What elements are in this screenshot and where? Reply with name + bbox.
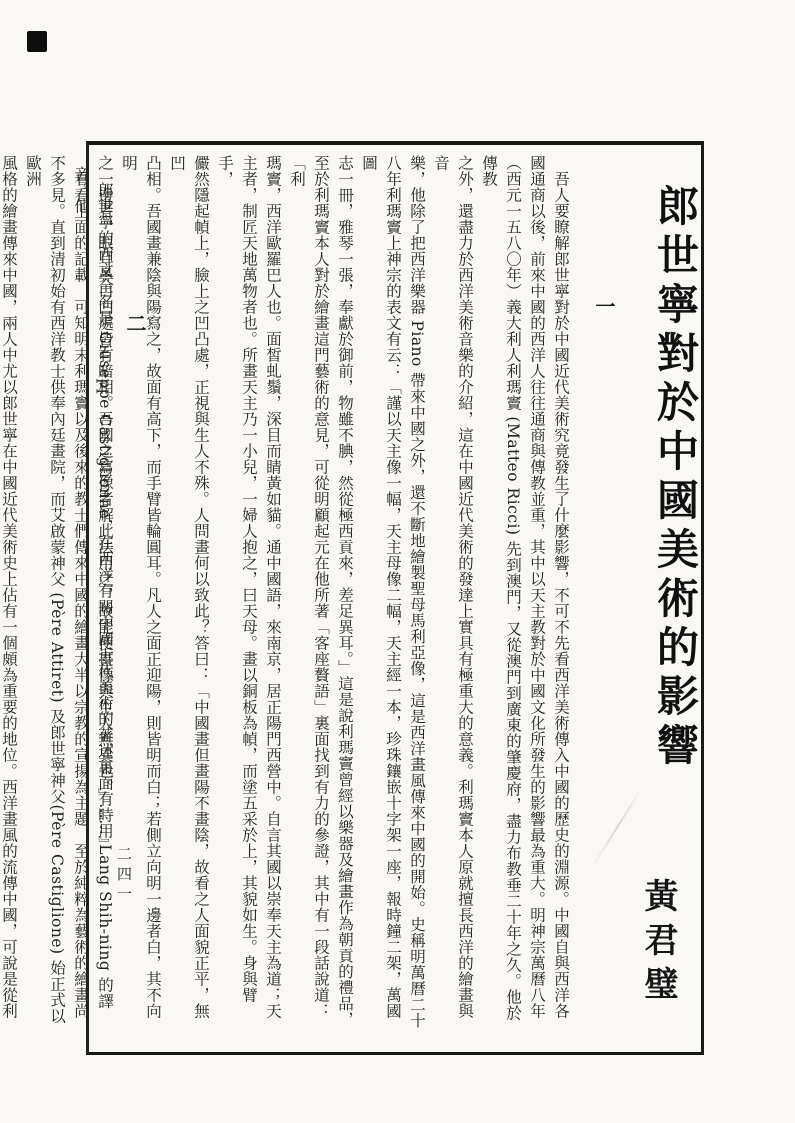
text-column: （西元一五八〇年）義大利人利瑪竇 (Matteo Ricci) 先到澳門，又從澳…: [477, 155, 525, 1029]
text-column: 吾人要瞭解郎世寧對於中國近代美術究竟發生了什麼影響，不可不先看西洋美術傳入中國的…: [549, 155, 573, 1029]
article-title: 郎世寧對於中國美術的影響: [646, 184, 704, 804]
text-column: 志一冊，雅琴一張，奉獻於御前，物雖不腆，然從極西貢來，差足異耳。」這是說利瑪竇曾…: [333, 155, 357, 1029]
text-column: 不多見。直到清初始有西洋教士供奉內廷畫院，而艾啟蒙神父 (Père Attire…: [21, 155, 69, 1029]
text-column: 瑪竇，西洋歐羅巴人也。面皙虬鬚，深目而睛黃如貓。通中國語，來南京，居正陽門西營中…: [261, 155, 285, 1029]
body-text-section-1: 吾人要瞭解郎世寧對於中國近代美術究竟發生了什麼影響，不可不先看西洋美術傳入中國的…: [141, 155, 573, 1029]
author-name: 黃君璧: [636, 878, 680, 1038]
text-column: 樂，他除了把西洋樂器 Piano 帶來中國之外，還不斷地繪製聖母馬利亞像，這是西…: [405, 155, 429, 1029]
text-column: 主者，制匠天地萬物者也。所畫天主乃一小兒，一婦人抱之，曰天母。畫以銅板為幀，而塗…: [213, 155, 261, 1029]
scanned-book-page: 郎世寧對於中國美術的影響 一 吾人要瞭解郎世寧對於中國近代美術究竟發生了什麼影響…: [0, 0, 795, 1123]
text-column: 風格的繪畫傳來中國，兩人中尤以郎世寧在中國近代美術史上佔有一個頗為重要的地位。西…: [0, 155, 21, 1029]
text-column: 郎世寧的西文全名是 Giuseppe Castiglionne，在西洋有關中國近…: [69, 166, 117, 1026]
text-column: 至於利瑪竇本人對於繪畫這門藝術的意見，可從明顧起元在他所著「客座贅語」裏面找到有…: [285, 155, 333, 1029]
text-column: 之外，還盡力於西洋美術音樂的介紹，這在中國近代美術的發達上實具有極重大的意義。利…: [429, 155, 477, 1029]
text-column: 儼然隱起幀上，臉上之凹凸處，正視與生人不殊。人問畫何以致此？答曰：「中國畫但畫陽…: [165, 155, 213, 1029]
text-column: 八年利瑪竇上神宗的表文有云：「謹以天主像一幅，天主母像二幅，天主經一本，珍珠鑲嵌…: [357, 155, 405, 1029]
page-number: 二四一: [114, 846, 135, 916]
scan-ink-blob: [27, 31, 47, 52]
text-column: 國通商以後，前來中國的西洋人往往通商與傳教並重，其中以天主教對於中國文化所發生的…: [525, 155, 549, 1029]
section-marker-two: 二: [121, 313, 150, 333]
section-marker-one: 一: [590, 296, 619, 316]
